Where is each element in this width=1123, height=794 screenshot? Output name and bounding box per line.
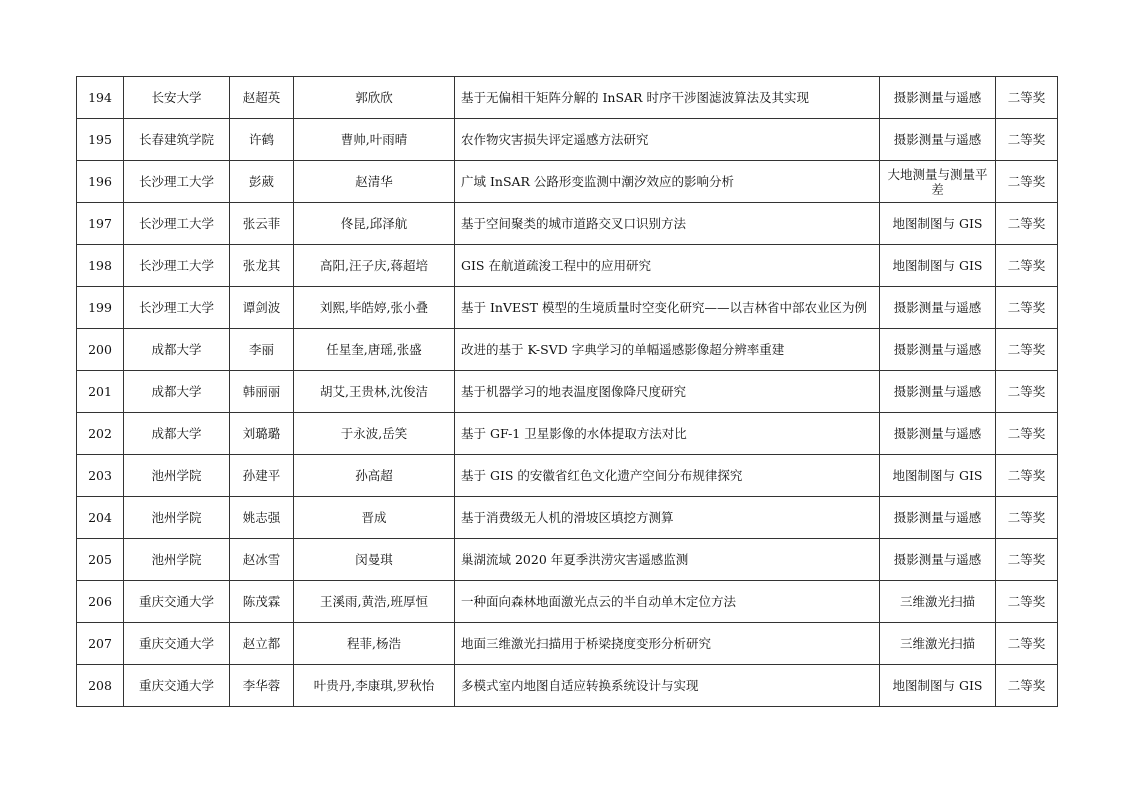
category-cell: 地图制图与 GIS [880,455,996,497]
row-number-cell: 196 [77,161,124,203]
project-title-cell: 基于 GIS 的安徽省红色文化遗产空间分布规律探究 [455,455,880,497]
prize-level-cell: 二等奖 [996,119,1058,161]
row-number-cell: 204 [77,497,124,539]
advisor-name-cell: 陈茂霖 [230,581,294,623]
prize-level-cell: 二等奖 [996,161,1058,203]
category-cell: 摄影测量与遥感 [880,119,996,161]
advisor-name-cell: 韩丽丽 [230,371,294,413]
row-number-cell: 194 [77,77,124,119]
table-row: 198长沙理工大学张龙其高阳,汪子庆,蒋超培GIS 在航道疏浚工程中的应用研究地… [77,245,1058,287]
advisor-name-cell: 姚志强 [230,497,294,539]
advisor-name-cell: 张龙其 [230,245,294,287]
category-cell: 摄影测量与遥感 [880,413,996,455]
project-title-cell: 基于无偏相干矩阵分解的 InSAR 时序干涉图滤波算法及其实现 [455,77,880,119]
table-row: 194长安大学赵超英郭欣欣基于无偏相干矩阵分解的 InSAR 时序干涉图滤波算法… [77,77,1058,119]
table-row: 201成都大学韩丽丽胡艾,王贵林,沈俊洁基于机器学习的地表温度图像降尺度研究摄影… [77,371,1058,413]
advisor-name-cell: 李华蓉 [230,665,294,707]
advisor-name-cell: 张云菲 [230,203,294,245]
student-names-cell: 郭欣欣 [294,77,455,119]
school-name-cell: 重庆交通大学 [124,581,230,623]
prize-level-cell: 二等奖 [996,623,1058,665]
advisor-name-cell: 彭葳 [230,161,294,203]
prize-level-cell: 二等奖 [996,455,1058,497]
category-cell: 三维激光扫描 [880,623,996,665]
project-title-cell: 巢湖流域 2020 年夏季洪涝灾害遥感监测 [455,539,880,581]
student-names-cell: 闵曼琪 [294,539,455,581]
table-row: 204池州学院姚志强晋成基于消费级无人机的滑坡区填挖方测算摄影测量与遥感二等奖 [77,497,1058,539]
awards-table-body: 194长安大学赵超英郭欣欣基于无偏相干矩阵分解的 InSAR 时序干涉图滤波算法… [77,77,1058,707]
row-number-cell: 201 [77,371,124,413]
project-title-cell: 广域 InSAR 公路形变监测中潮汐效应的影响分析 [455,161,880,203]
project-title-cell: 改进的基于 K-SVD 字典学习的单幅遥感影像超分辨率重建 [455,329,880,371]
school-name-cell: 池州学院 [124,497,230,539]
prize-level-cell: 二等奖 [996,539,1058,581]
table-row: 195长春建筑学院许鹤曹帅,叶雨晴农作物灾害损失评定遥感方法研究摄影测量与遥感二… [77,119,1058,161]
student-names-cell: 佟昆,邱泽航 [294,203,455,245]
advisor-name-cell: 李丽 [230,329,294,371]
project-title-cell: 多模式室内地图自适应转换系统设计与实现 [455,665,880,707]
row-number-cell: 200 [77,329,124,371]
student-names-cell: 叶贵丹,李康琪,罗秋怡 [294,665,455,707]
table-row: 196长沙理工大学彭葳赵清华广域 InSAR 公路形变监测中潮汐效应的影响分析大… [77,161,1058,203]
table-row: 205池州学院赵冰雪闵曼琪巢湖流域 2020 年夏季洪涝灾害遥感监测摄影测量与遥… [77,539,1058,581]
prize-level-cell: 二等奖 [996,77,1058,119]
table-row: 206重庆交通大学陈茂霖王溪雨,黄浩,班厚恒一种面向森林地面激光点云的半自动单木… [77,581,1058,623]
project-title-cell: 一种面向森林地面激光点云的半自动单木定位方法 [455,581,880,623]
advisor-name-cell: 谭剑波 [230,287,294,329]
student-names-cell: 程菲,杨浩 [294,623,455,665]
student-names-cell: 刘熙,毕皓婷,张小叠 [294,287,455,329]
row-number-cell: 207 [77,623,124,665]
row-number-cell: 205 [77,539,124,581]
table-row: 208重庆交通大学李华蓉叶贵丹,李康琪,罗秋怡多模式室内地图自适应转换系统设计与… [77,665,1058,707]
project-title-cell: GIS 在航道疏浚工程中的应用研究 [455,245,880,287]
prize-level-cell: 二等奖 [996,665,1058,707]
school-name-cell: 成都大学 [124,371,230,413]
advisor-name-cell: 刘璐璐 [230,413,294,455]
table-row: 207重庆交通大学赵立都程菲,杨浩地面三维激光扫描用于桥梁挠度变形分析研究三维激… [77,623,1058,665]
school-name-cell: 长沙理工大学 [124,161,230,203]
category-cell: 大地测量与测量平差 [880,161,996,203]
category-cell: 摄影测量与遥感 [880,77,996,119]
school-name-cell: 长沙理工大学 [124,245,230,287]
school-name-cell: 池州学院 [124,539,230,581]
school-name-cell: 重庆交通大学 [124,665,230,707]
table-row: 203池州学院孙建平孙高超基于 GIS 的安徽省红色文化遗产空间分布规律探究地图… [77,455,1058,497]
school-name-cell: 长春建筑学院 [124,119,230,161]
school-name-cell: 池州学院 [124,455,230,497]
row-number-cell: 208 [77,665,124,707]
school-name-cell: 长安大学 [124,77,230,119]
project-title-cell: 基于 InVEST 模型的生境质量时空变化研究——以吉林省中部农业区为例 [455,287,880,329]
row-number-cell: 203 [77,455,124,497]
category-cell: 三维激光扫描 [880,581,996,623]
school-name-cell: 重庆交通大学 [124,623,230,665]
prize-level-cell: 二等奖 [996,413,1058,455]
advisor-name-cell: 许鹤 [230,119,294,161]
row-number-cell: 197 [77,203,124,245]
prize-level-cell: 二等奖 [996,287,1058,329]
student-names-cell: 于永波,岳笑 [294,413,455,455]
prize-level-cell: 二等奖 [996,329,1058,371]
school-name-cell: 成都大学 [124,413,230,455]
table-row: 202成都大学刘璐璐于永波,岳笑基于 GF-1 卫星影像的水体提取方法对比摄影测… [77,413,1058,455]
table-row: 200成都大学李丽任星奎,唐瑶,张盛改进的基于 K-SVD 字典学习的单幅遥感影… [77,329,1058,371]
project-title-cell: 基于空间聚类的城市道路交叉口识别方法 [455,203,880,245]
advisor-name-cell: 孙建平 [230,455,294,497]
advisor-name-cell: 赵立都 [230,623,294,665]
row-number-cell: 195 [77,119,124,161]
project-title-cell: 基于机器学习的地表温度图像降尺度研究 [455,371,880,413]
row-number-cell: 199 [77,287,124,329]
category-cell: 摄影测量与遥感 [880,539,996,581]
category-cell: 摄影测量与遥感 [880,287,996,329]
student-names-cell: 胡艾,王贵林,沈俊洁 [294,371,455,413]
project-title-cell: 地面三维激光扫描用于桥梁挠度变形分析研究 [455,623,880,665]
prize-level-cell: 二等奖 [996,371,1058,413]
category-cell: 摄影测量与遥感 [880,329,996,371]
student-names-cell: 任星奎,唐瑶,张盛 [294,329,455,371]
prize-level-cell: 二等奖 [996,497,1058,539]
school-name-cell: 成都大学 [124,329,230,371]
row-number-cell: 202 [77,413,124,455]
student-names-cell: 高阳,汪子庆,蒋超培 [294,245,455,287]
student-names-cell: 孙高超 [294,455,455,497]
table-row: 199长沙理工大学谭剑波刘熙,毕皓婷,张小叠基于 InVEST 模型的生境质量时… [77,287,1058,329]
student-names-cell: 王溪雨,黄浩,班厚恒 [294,581,455,623]
student-names-cell: 曹帅,叶雨晴 [294,119,455,161]
category-cell: 地图制图与 GIS [880,203,996,245]
prize-level-cell: 二等奖 [996,203,1058,245]
row-number-cell: 198 [77,245,124,287]
school-name-cell: 长沙理工大学 [124,203,230,245]
category-cell: 摄影测量与遥感 [880,371,996,413]
school-name-cell: 长沙理工大学 [124,287,230,329]
category-cell: 摄影测量与遥感 [880,497,996,539]
project-title-cell: 基于消费级无人机的滑坡区填挖方测算 [455,497,880,539]
prize-level-cell: 二等奖 [996,581,1058,623]
project-title-cell: 农作物灾害损失评定遥感方法研究 [455,119,880,161]
category-cell: 地图制图与 GIS [880,245,996,287]
prize-level-cell: 二等奖 [996,245,1058,287]
category-cell: 地图制图与 GIS [880,665,996,707]
table-row: 197长沙理工大学张云菲佟昆,邱泽航基于空间聚类的城市道路交叉口识别方法地图制图… [77,203,1058,245]
project-title-cell: 基于 GF-1 卫星影像的水体提取方法对比 [455,413,880,455]
awards-table: 194长安大学赵超英郭欣欣基于无偏相干矩阵分解的 InSAR 时序干涉图滤波算法… [76,76,1058,707]
student-names-cell: 晋成 [294,497,455,539]
advisor-name-cell: 赵超英 [230,77,294,119]
row-number-cell: 206 [77,581,124,623]
student-names-cell: 赵清华 [294,161,455,203]
advisor-name-cell: 赵冰雪 [230,539,294,581]
